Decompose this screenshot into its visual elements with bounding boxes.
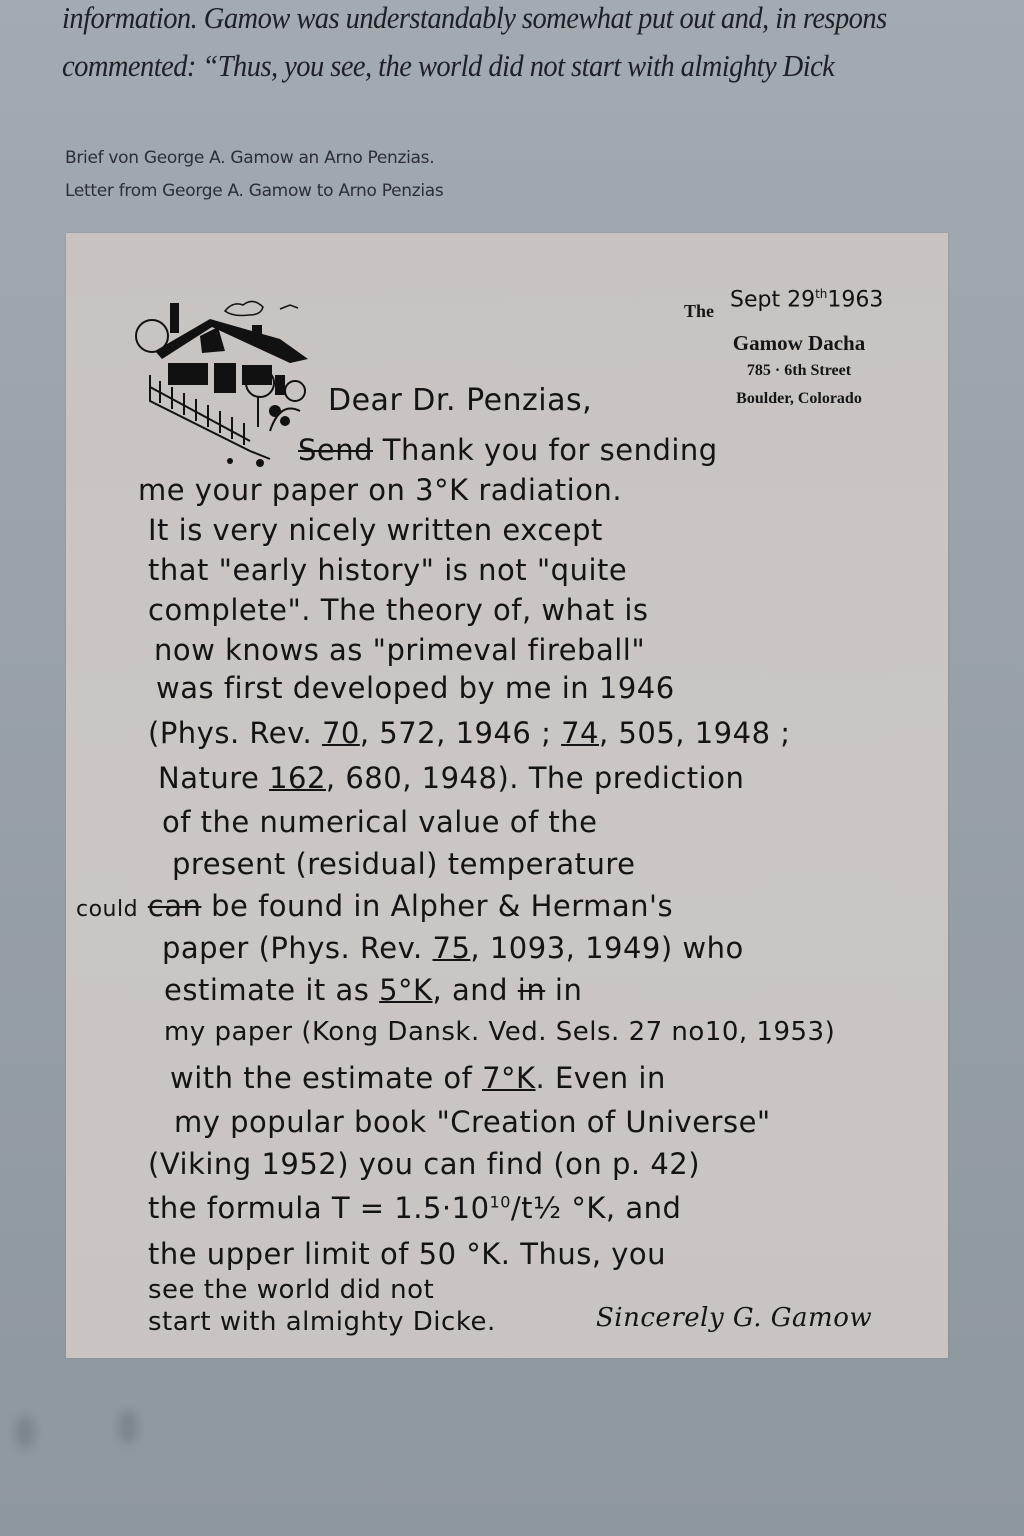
signature: Sincerely G. Gamow [596,1303,872,1333]
caption: Brief von George A. Gamow an Arno Penzia… [65,142,443,208]
struck-word: Send [298,433,373,467]
body-line: complete". The theory of, what is [148,593,649,627]
body-line: start with almighty Dicke. [148,1307,496,1337]
body-line: my paper (Kong Dansk. Ved. Sels. 27 no10… [164,1017,835,1047]
body-line: (Viking 1952) you can find (on p. 42) [148,1147,700,1181]
intro-line: commented: “Thus, you see, the world did… [62,42,1024,90]
letterhead-name: Gamow Dacha [684,329,914,357]
line-text: Nature [158,761,269,795]
line-text: . Even in [536,1061,666,1095]
body-line: the upper limit of 50 °K. Thus, you [148,1237,666,1271]
letterhead-the: The [684,301,714,322]
margin-insertion: could [76,897,138,922]
line-text: with the estimate of [170,1061,482,1095]
caption-english: Letter from George A. Gamow to Arno Penz… [65,175,443,208]
body-line: present (residual) temperature [172,847,636,881]
house-illustration-icon [130,291,310,471]
line-text: in [545,973,582,1007]
line-text: , 505, 1948 ; [599,716,791,750]
caption-german: Brief von George A. Gamow an Arno Penzia… [65,142,443,175]
salutation: Dear Dr. Penzias, [328,383,592,418]
body-line: that "early history" is not "quite [148,553,627,587]
intro-line: information. Gamow was understandably so… [62,0,1024,42]
body-line: Send Thank you for sending [298,433,718,467]
estimate-value: 5°K [379,973,432,1007]
line-text: , 572, 1946 ; [360,716,561,750]
body-line: could can be found in Alpher & Herman's [76,889,673,923]
date-suffix: th [815,287,827,301]
formula: the formula T = 1.5·10 [148,1191,490,1225]
body-line: now knows as "primeval fireball" [154,633,645,667]
date-year: 1963 [827,287,883,312]
struck-word: can [148,889,202,923]
line-text: , 1093, 1949) who [470,931,743,965]
body-line: see the world did not [148,1275,434,1305]
line-text: Thank you for sending [383,433,718,467]
line-text: , 680, 1948). The prediction [326,761,744,795]
volume-number: 162 [269,761,326,795]
body-line: my popular book "Creation of Universe" [174,1105,771,1139]
struck-word: in [518,973,545,1007]
line-text: be found in Alpher & Herman's [211,889,673,923]
line-text: paper (Phys. Rev. [162,931,433,965]
body-line: estimate it as 5°K, and in in [164,973,582,1007]
body-line: was first developed by me in 1946 [156,671,675,705]
body-line: It is very nicely written except [148,513,603,547]
reflection-spot [15,1415,35,1449]
letter-date: Sept 29th1963 [730,287,883,312]
volume-number: 74 [561,716,599,750]
body-line: Nature 162, 680, 1948). The prediction [158,761,744,795]
intro-text: information. Gamow was understandably so… [62,0,1024,90]
body-line: paper (Phys. Rev. 75, 1093, 1949) who [162,931,744,965]
body-line: me your paper on 3°K radiation. [138,473,622,507]
line-text: estimate it as [164,973,379,1007]
reflection-spot [118,1410,138,1444]
letterhead-street: 785 · 6th Street [684,357,914,385]
volume-number: 75 [433,931,471,965]
estimate-value: 7°K [482,1061,535,1095]
letter: The Sept 29th1963 Gamow Dacha 785 · 6th … [66,233,948,1358]
line-text: (Phys. Rev. [148,716,322,750]
body-line: (Phys. Rev. 70, 572, 1946 ; 74, 505, 194… [148,716,791,750]
body-line: of the numerical value of the [162,805,598,839]
date-day: Sept 29 [730,287,815,312]
formula: /t½ °K, and [511,1191,681,1225]
volume-number: 70 [322,716,360,750]
line-text: , and [433,973,518,1007]
letterhead-city: Boulder, Colorado [684,385,914,413]
body-line: with the estimate of 7°K. Even in [170,1061,666,1095]
body-line: the formula T = 1.5·1010/t½ °K, and [148,1191,681,1225]
formula-exponent: 10 [490,1192,511,1211]
